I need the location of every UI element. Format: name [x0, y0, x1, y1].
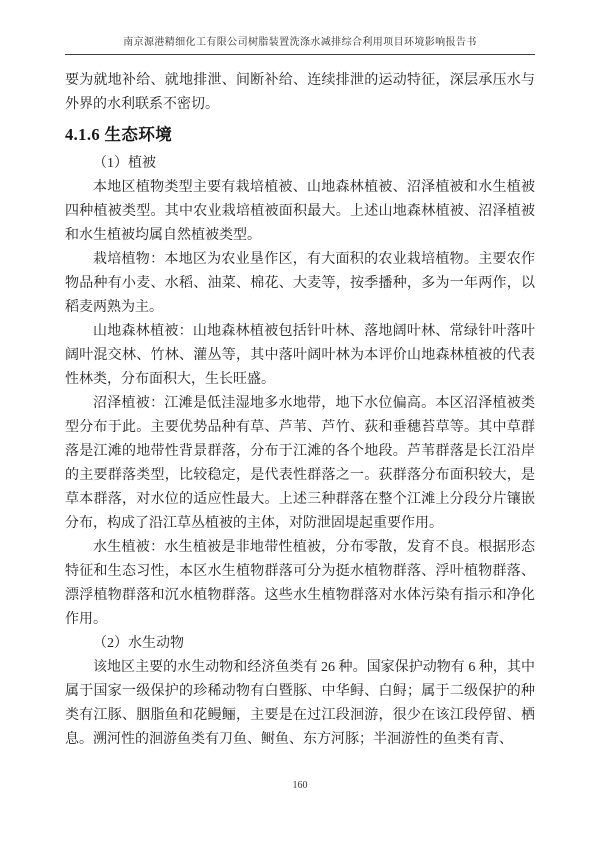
section-heading: 4.1.6 生态环境: [65, 122, 535, 148]
document-body: 要为就地补给、就地排泄、间断补给、连续排泄的运动特征，深层承压水与外界的水利联系…: [65, 69, 535, 752]
page-footer: 160: [0, 780, 600, 791]
paragraph-aquatic-animals-overview: 该地区主要的水生动物和经济鱼类有 26 种。国家保护动物有 6 种，其中属于国家…: [65, 656, 535, 752]
paragraph-vegetation-subtitle: （1）植被: [65, 152, 535, 176]
report-title: 南京源港精细化工有限公司树脂装置洗涤水减排综合利用项目环境影响报告书: [65, 36, 535, 49]
paragraph-aquatic-vegetation: 水生植被：水生植被是非地带性植被，分布零散，发育不良。根据形态特征和生态习性，本…: [65, 536, 535, 632]
page-number: 160: [293, 780, 308, 791]
paragraph-intro-continuation: 要为就地补给、就地排泄、间断补给、连续排泄的运动特征，深层承压水与外界的水利联系…: [65, 69, 535, 117]
paragraph-vegetation-overview: 本地区植物类型主要有栽培植被、山地森林植被、沼泽植被和水生植被四种植被类型。其中…: [65, 176, 535, 248]
page-header: 南京源港精细化工有限公司树脂装置洗涤水减排综合利用项目环境影响报告书: [65, 36, 535, 55]
paragraph-mountain-forest-vegetation: 山地森林植被：山地森林植被包括针叶林、落地阔叶林、常绿针叶落叶阔叶混交林、竹林、…: [65, 320, 535, 392]
paragraph-cultivated-plants: 栽培植物：本地区为农业垦作区，有大面积的农业栽培植物。主要农作物品种有小麦、水稻…: [65, 248, 535, 320]
document-page: 南京源港精细化工有限公司树脂装置洗涤水减排综合利用项目环境影响报告书 要为就地补…: [0, 0, 600, 848]
paragraph-marsh-vegetation: 沼泽植被：江滩是低洼湿地多水地带，地下水位偏高。本区沼泽植被类型分布于此。主要优…: [65, 392, 535, 536]
paragraph-aquatic-animals-subtitle: （2）水生动物: [65, 632, 535, 656]
